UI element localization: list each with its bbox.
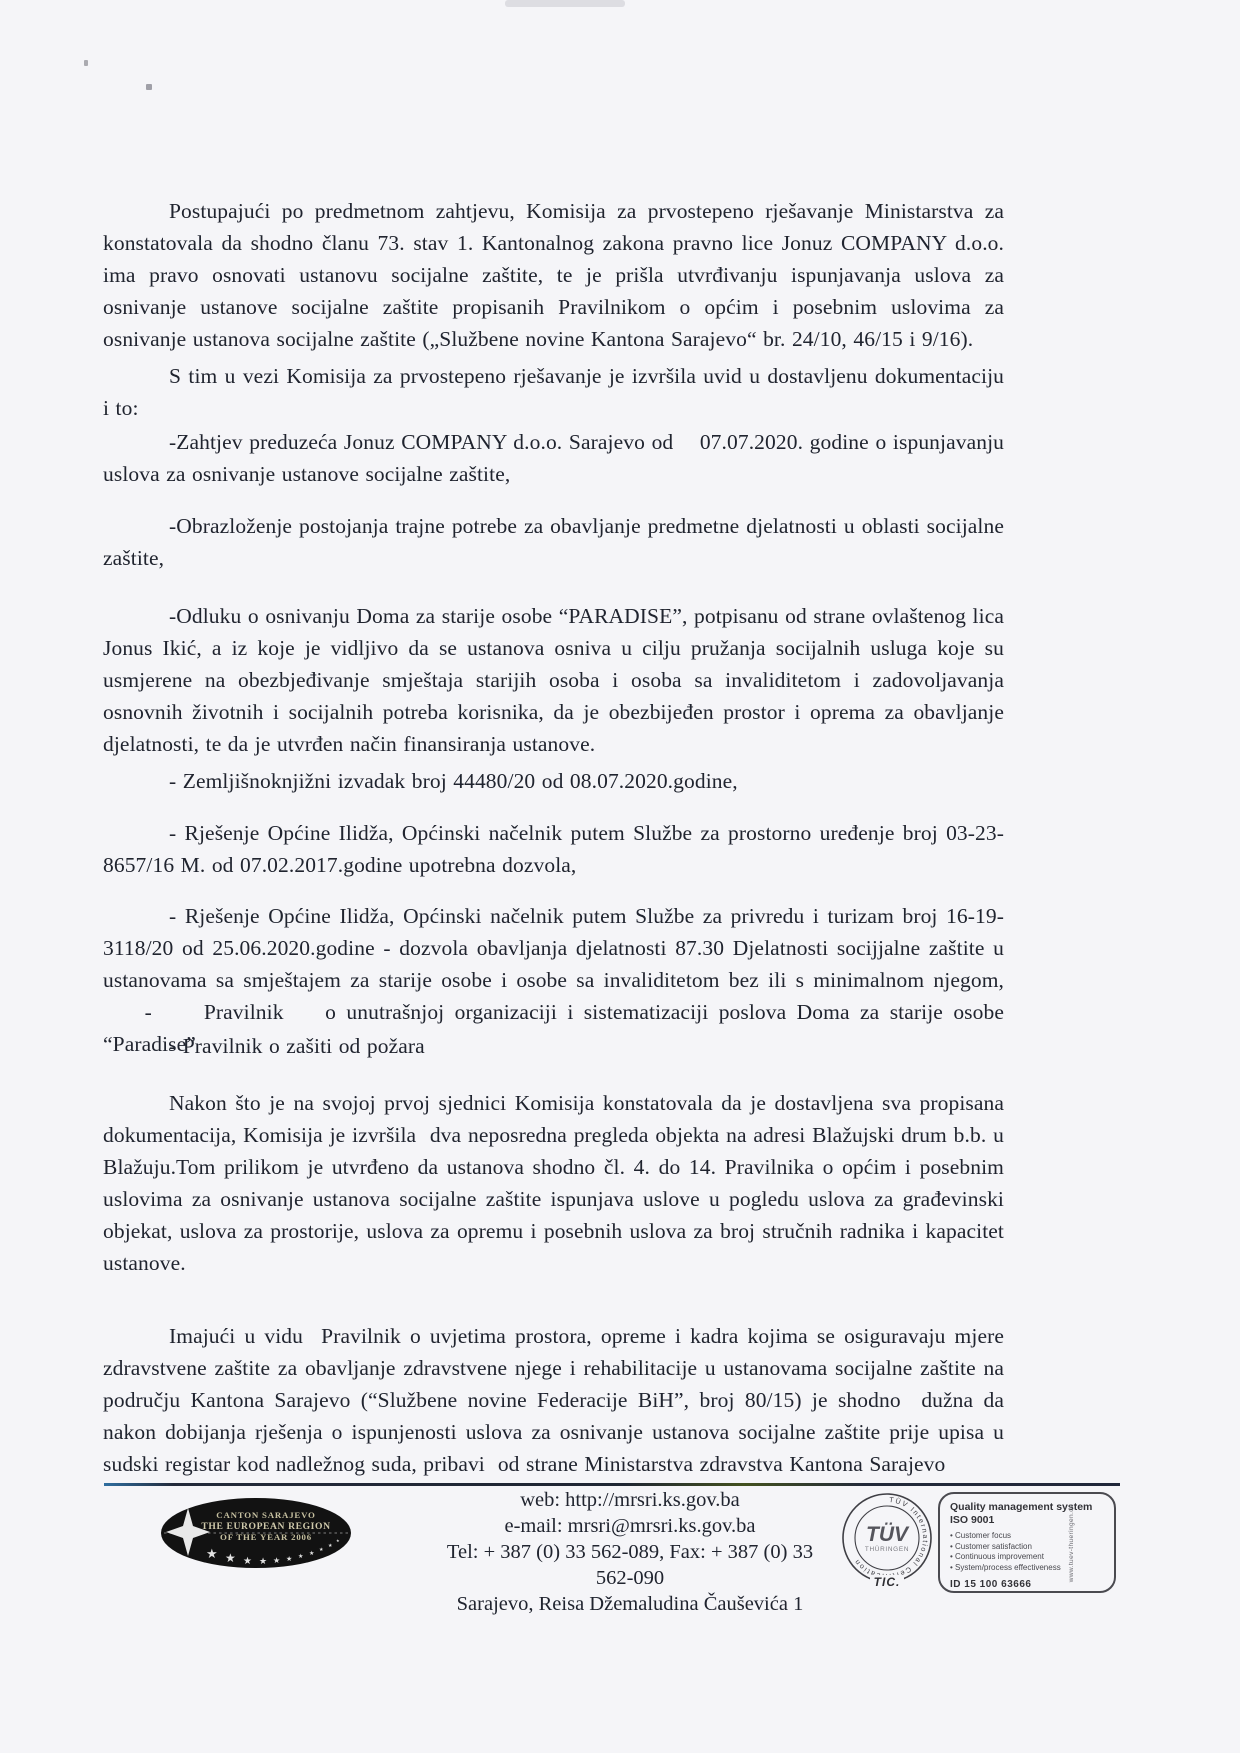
paragraph-zahtjev: -Zahtjev preduzeća Jonuz COMPANY d.o.o. … — [103, 426, 1004, 490]
tuv-region: THÜRINGEN — [865, 1545, 909, 1553]
tuv-name: TÜV — [866, 1523, 910, 1546]
svg-text:★: ★ — [286, 1555, 292, 1563]
paragraph-s-tim-u-vezi: S tim u vezi Komisija za prvostepeno rje… — [103, 360, 1004, 424]
cert-id: ID 15 100 63666 — [950, 1579, 1098, 1590]
svg-text:★: ★ — [259, 1557, 267, 1567]
cert-title: Quality management system — [950, 1501, 1098, 1513]
svg-text:★: ★ — [273, 1556, 280, 1565]
tuv-logo: TÜV International Certification TÜV THÜR… — [838, 1489, 940, 1597]
cert-bullet: Customer satisfaction — [950, 1542, 1098, 1553]
scan-smudge — [505, 0, 625, 7]
svg-text:★: ★ — [319, 1547, 324, 1553]
scan-speck — [146, 84, 152, 90]
badge-line-3: OF THE YEAR 2006 — [220, 1532, 312, 1542]
svg-text:★: ★ — [225, 1551, 236, 1565]
cert-bullet: Continuous improvement — [950, 1552, 1098, 1563]
paragraph-pravilnik-pozar: - Pravilnik o zašiti od požara — [103, 1030, 1004, 1062]
scanned-document-page: Postupajući po predmetnom zahtjevu, Komi… — [0, 0, 1240, 1753]
svg-text:★: ★ — [309, 1550, 314, 1557]
tic-label: TIC. — [874, 1575, 901, 1589]
cert-website: www.tuev-thueringen.de — [1068, 1503, 1075, 1582]
cert-standard: ISO 9001 — [950, 1514, 1098, 1526]
paragraph-odluka: -Odluku o osnivanju Doma za starije osob… — [103, 600, 1004, 760]
paragraph-obrazlozenje: -Obrazloženje postojanja trajne potrebe … — [103, 510, 1004, 574]
footer-divider-line — [104, 1483, 1120, 1486]
scan-speck — [84, 60, 88, 66]
badge-line-2: THE EUROPEAN REGION — [201, 1521, 330, 1532]
cert-bullets: Customer focus Customer satisfaction Con… — [950, 1531, 1098, 1573]
canton-sarajevo-badge: CANTON SARAJEVO THE EUROPEAN REGION OF T… — [158, 1496, 354, 1572]
paragraph-zemljisnoknjizni: - Zemljišnoknjižni izvadak broj 44480/20… — [103, 765, 1004, 797]
cert-bullet: System/process effectiveness — [950, 1563, 1098, 1574]
badge-line-1: CANTON SARAJEVO — [216, 1510, 315, 1520]
svg-text:★: ★ — [206, 1547, 218, 1562]
paragraph-rjesenje-prostorno: - Rješenje Općine Ilidža, Općinski načel… — [103, 817, 1004, 881]
paragraph-intro: Postupajući po predmetnom zahtjevu, Komi… — [103, 195, 1004, 355]
cert-bullet: Customer focus — [950, 1531, 1098, 1542]
iso-cert-box: Quality management system ISO 9001 Custo… — [938, 1492, 1116, 1593]
svg-text:★: ★ — [298, 1553, 303, 1560]
paragraph-nakon-sto: Nakon što je na svojoj prvoj sjednici Ko… — [103, 1087, 1004, 1279]
svg-text:★: ★ — [243, 1556, 252, 1567]
paragraph-imajuci-u-vidu: Imajući u vidu Pravilnik o uvjetima pros… — [103, 1320, 1004, 1480]
